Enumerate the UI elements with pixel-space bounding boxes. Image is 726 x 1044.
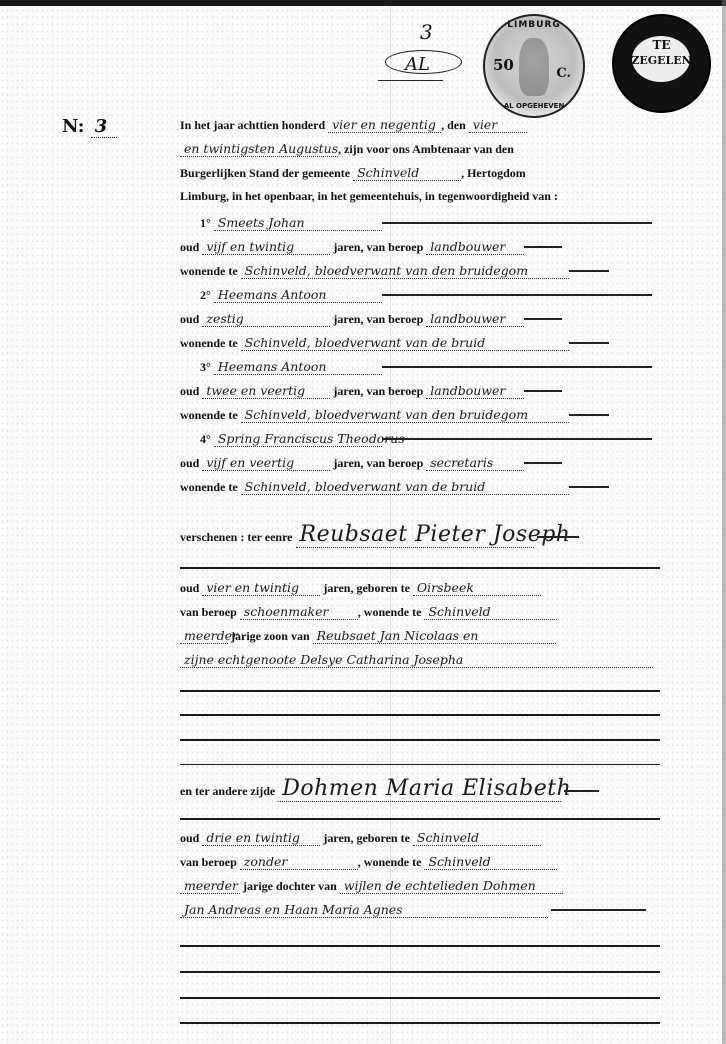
witness-age: zestig (202, 311, 330, 327)
date-field: en twintigsten Augustus (180, 141, 338, 157)
tax-stamp: LIMBURG 50 C. AL OPGEHEVEN (483, 14, 585, 118)
groom-name: Reubsaet Pieter Joseph (296, 522, 534, 548)
label-wonende: wonende te (180, 264, 238, 278)
groom-parents-line: meerder jarige zoon van Reubsaet Jan Nic… (180, 628, 660, 650)
label-beroep: van beroep (180, 855, 237, 869)
witness-occupation: landbouwer (426, 239, 524, 255)
scan-border (0, 0, 726, 6)
fill-rule (382, 366, 652, 368)
crest-icon (519, 38, 549, 96)
witness-name-line: 1° Smeets Johan (180, 215, 660, 237)
witness-age: vijf en veertig (202, 455, 330, 471)
act-label: N: (62, 116, 84, 137)
label-beroep: jaren, van beroep (333, 384, 423, 398)
label-oud: oud (180, 240, 199, 254)
witness-age-line: oud zestig jaren, van beroep landbouwer (180, 311, 660, 333)
fill-rule (382, 438, 652, 440)
scan-edge (722, 0, 726, 1044)
bride-occupation-line: van beroep zonder, wonende te Schinveld (180, 854, 660, 876)
intro-text: , Hertogdom (461, 166, 526, 180)
year-field: vier en negentig (328, 117, 441, 133)
witness-occupation: landbouwer (426, 383, 524, 399)
label-zoon-van: jarige zoon van (231, 629, 310, 643)
bride-occupation: zonder (240, 854, 358, 870)
fill-rule (524, 390, 562, 392)
bride-parents-line: meerder jarige dochter van wijlen de ech… (180, 878, 660, 900)
witness-residence: Schinveld, bloedverwant van de bruid (241, 335, 569, 351)
stamp-bottom-text: AL OPGEHEVEN (485, 102, 583, 110)
label-geboren: jaren, geboren te (323, 831, 410, 845)
witness-name: Heemans Antoon (214, 359, 382, 375)
act-number: N: 3 (62, 116, 117, 137)
witness-ordinal: 3° (180, 360, 211, 374)
groom-residence: Schinveld (424, 604, 557, 620)
label-andere-zijde: en ter andere zijde (180, 784, 275, 798)
fill-rule (524, 462, 562, 464)
blank-rule (180, 567, 660, 569)
bride-birthplace: Schinveld (413, 830, 541, 846)
blank-rule (180, 739, 660, 741)
bride-mother: Jan Andreas en Haan Maria Agnes (180, 902, 548, 918)
fill-rule (537, 536, 579, 538)
witness-age-line: oud vijf en veertig jaren, van beroep se… (180, 455, 660, 477)
intro-text: , zijn voor ons Ambtenaar van den (338, 142, 514, 156)
witness-residence: Schinveld, bloedverwant van de bruid (241, 479, 569, 495)
witness-ordinal: 1° (180, 216, 211, 230)
groom-majority: meerder (180, 628, 228, 644)
witness-name: Smeets Johan (214, 215, 382, 231)
label-beroep: jaren, van beroep (333, 456, 423, 470)
witness-name: Heemans Antoon (214, 287, 382, 303)
seal-stamp: TE ZEGELEN (612, 14, 711, 113)
groom-father: Reubsaet Jan Nicolaas en (313, 628, 556, 644)
witness-name: Spring Franciscus Theodorus (214, 431, 382, 447)
fill-rule (551, 909, 646, 911)
bride-parents-line-2: Jan Andreas en Haan Maria Agnes (180, 902, 660, 924)
witness-residence-line: wonende te Schinveld, bloedverwant van d… (180, 335, 660, 357)
groom-parents-line-2: zijne echtgenoote Delsye Catharina Josep… (180, 652, 660, 674)
label-oud: oud (180, 384, 199, 398)
witness-name-line: 2° Heemans Antoon (180, 287, 660, 309)
intro-line-4: Limburg, in het openbaar, in het gemeent… (180, 189, 660, 211)
groom-age: vier en twintig (202, 580, 320, 596)
bride-residence: Schinveld (424, 854, 557, 870)
intro-text: Limburg, in het openbaar, in het gemeent… (180, 189, 558, 203)
groom-occupation: schoenmaker (240, 604, 358, 620)
groom-occupation-line: van beroep schoenmaker, wonende te Schin… (180, 604, 660, 626)
label-wonende: wonende te (180, 408, 238, 422)
label-beroep: van beroep (180, 605, 237, 619)
fill-rule (569, 486, 609, 488)
fill-rule (569, 414, 609, 416)
bride-name-line: en ter andere zijde Dohmen Maria Elisabe… (180, 776, 660, 810)
label-beroep: jaren, van beroep (333, 312, 423, 326)
intro-line-2: en twintigsten Augustus, zijn voor ons A… (180, 141, 660, 163)
intro-line-1: In het jaar achttien honderd vier en neg… (180, 117, 660, 139)
bride-majority: meerder (180, 878, 240, 894)
witness-ordinal: 4° (180, 432, 211, 446)
witness-name-line: 4° Spring Franciscus Theodorus (180, 431, 660, 453)
blank-rule (180, 764, 660, 765)
label-oud: oud (180, 831, 199, 845)
bride-age: drie en twintig (202, 830, 320, 846)
witness-residence: Schinveld, bloedverwant van den bruidego… (241, 407, 569, 423)
witness-age-line: oud twee en veertig jaren, van beroep la… (180, 383, 660, 405)
groom-birthplace: Oirsbeek (413, 580, 541, 596)
fill-rule (564, 790, 599, 792)
day-field: vier (469, 117, 527, 133)
blank-rule (180, 945, 660, 947)
fill-rule (524, 246, 562, 248)
label-wonende: , wonende te (358, 605, 422, 619)
witness-age: twee en veertig (202, 383, 330, 399)
label-geboren: jaren, geboren te (323, 581, 410, 595)
witness-residence: Schinveld, bloedverwant van den bruidego… (241, 263, 569, 279)
witness-residence-line: wonende te Schinveld, bloedverwant van d… (180, 479, 660, 501)
seal-line2: ZEGELEN (614, 54, 709, 67)
stamp-value: 50 (493, 56, 514, 74)
fill-rule (524, 318, 562, 320)
label-wonende: , wonende te (358, 855, 422, 869)
intro-text: Burgerlijken Stand der gemeente (180, 166, 350, 180)
blank-rule (180, 690, 660, 692)
witness-occupation: secretaris (426, 455, 524, 471)
blank-rule (180, 997, 660, 999)
witness-occupation: landbouwer (426, 311, 524, 327)
bride-age-line: oud drie en twintig jaren, geboren te Sc… (180, 830, 660, 852)
groom-mother: zijne echtgenoote Delsye Catharina Josep… (180, 652, 653, 668)
intro-text: , den (441, 118, 466, 132)
fill-rule (382, 222, 652, 224)
witness-ordinal: 2° (180, 288, 211, 302)
label-wonende: wonende te (180, 480, 238, 494)
label-wonende: wonende te (180, 336, 238, 350)
fill-rule (569, 270, 609, 272)
groom-name-line: verschenen : ter eenre Reubsaet Pieter J… (180, 522, 660, 556)
label-oud: oud (180, 456, 199, 470)
intro-text: In het jaar achttien honderd (180, 118, 325, 132)
blank-rule (180, 971, 660, 973)
paraph-initials: AL (405, 54, 430, 75)
label-oud: oud (180, 581, 199, 595)
paraph-underline (378, 80, 443, 81)
witness-residence-line: wonende te Schinveld, bloedverwant van d… (180, 263, 660, 285)
witness-residence-line: wonende te Schinveld, bloedverwant van d… (180, 407, 660, 429)
seal-line1: TE (614, 38, 709, 52)
label-dochter-van: jarige dochter van (243, 879, 337, 893)
blank-rule (180, 818, 660, 820)
label-beroep: jaren, van beroep (333, 240, 423, 254)
witness-age: vijf en twintig (202, 239, 330, 255)
blank-rule (180, 714, 660, 716)
blank-rule (180, 1022, 660, 1024)
intro-line-3: Burgerlijken Stand der gemeente Schinvel… (180, 165, 660, 187)
label-verschenen: verschenen : ter eenre (180, 530, 293, 544)
act-number-value: 3 (91, 116, 118, 138)
witness-name-line: 3° Heemans Antoon (180, 359, 660, 381)
bride-name: Dohmen Maria Elisabeth (278, 776, 561, 802)
municipality-field: Schinveld (353, 165, 461, 181)
folio-number: 3 (420, 20, 433, 44)
stamp-unit: C. (556, 66, 571, 81)
stamp-top-text: LIMBURG (485, 20, 583, 30)
bride-father: wijlen de echtelieden Dohmen (340, 878, 563, 894)
fill-rule (382, 294, 652, 296)
groom-age-line: oud vier en twintig jaren, geboren te Oi… (180, 580, 660, 602)
witness-age-line: oud vijf en twintig jaren, van beroep la… (180, 239, 660, 261)
label-oud: oud (180, 312, 199, 326)
fill-rule (569, 342, 609, 344)
